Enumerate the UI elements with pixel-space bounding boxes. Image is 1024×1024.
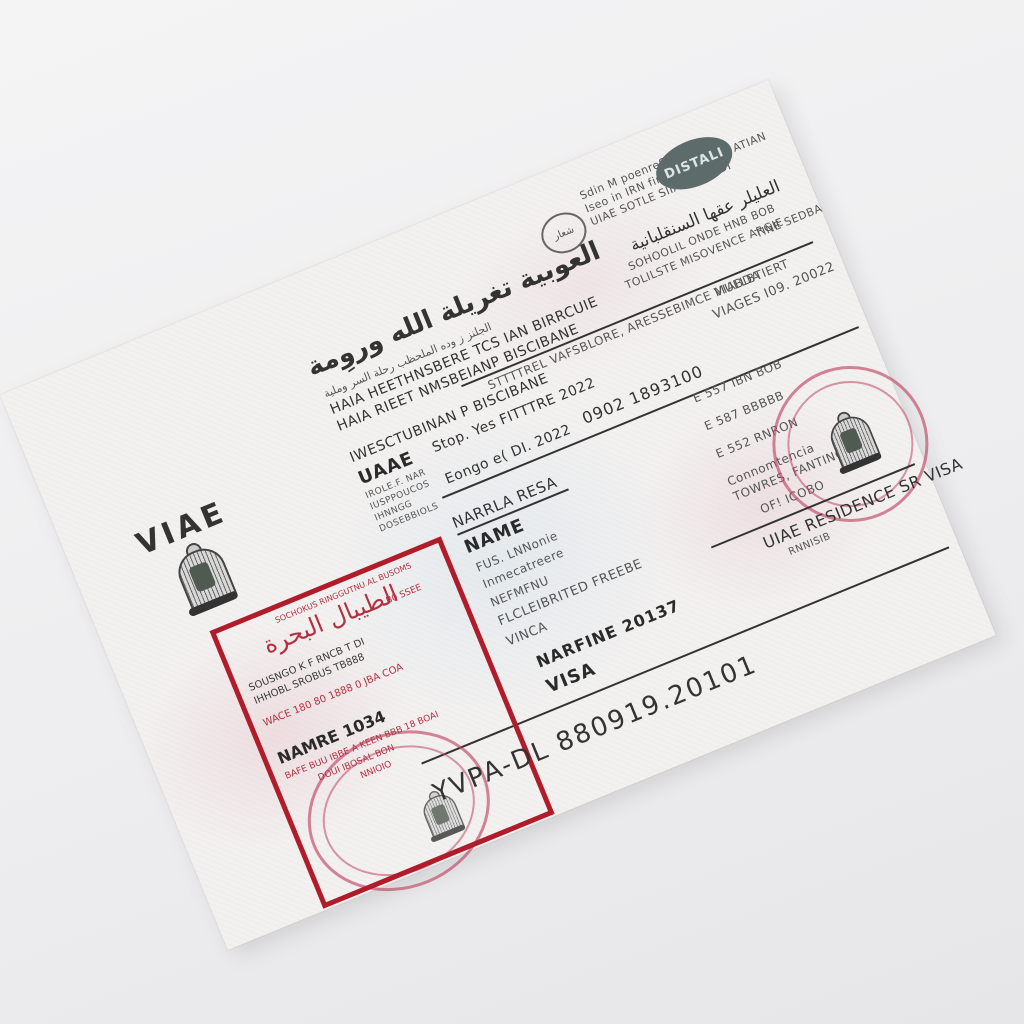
visa-document: VIAE العوبية تغريلة الله وروِمة الجلنز ز… <box>0 80 996 950</box>
reference-number: 0902 1893100 <box>579 361 706 428</box>
narfine-line: NARFINE 20137 <box>533 596 682 672</box>
